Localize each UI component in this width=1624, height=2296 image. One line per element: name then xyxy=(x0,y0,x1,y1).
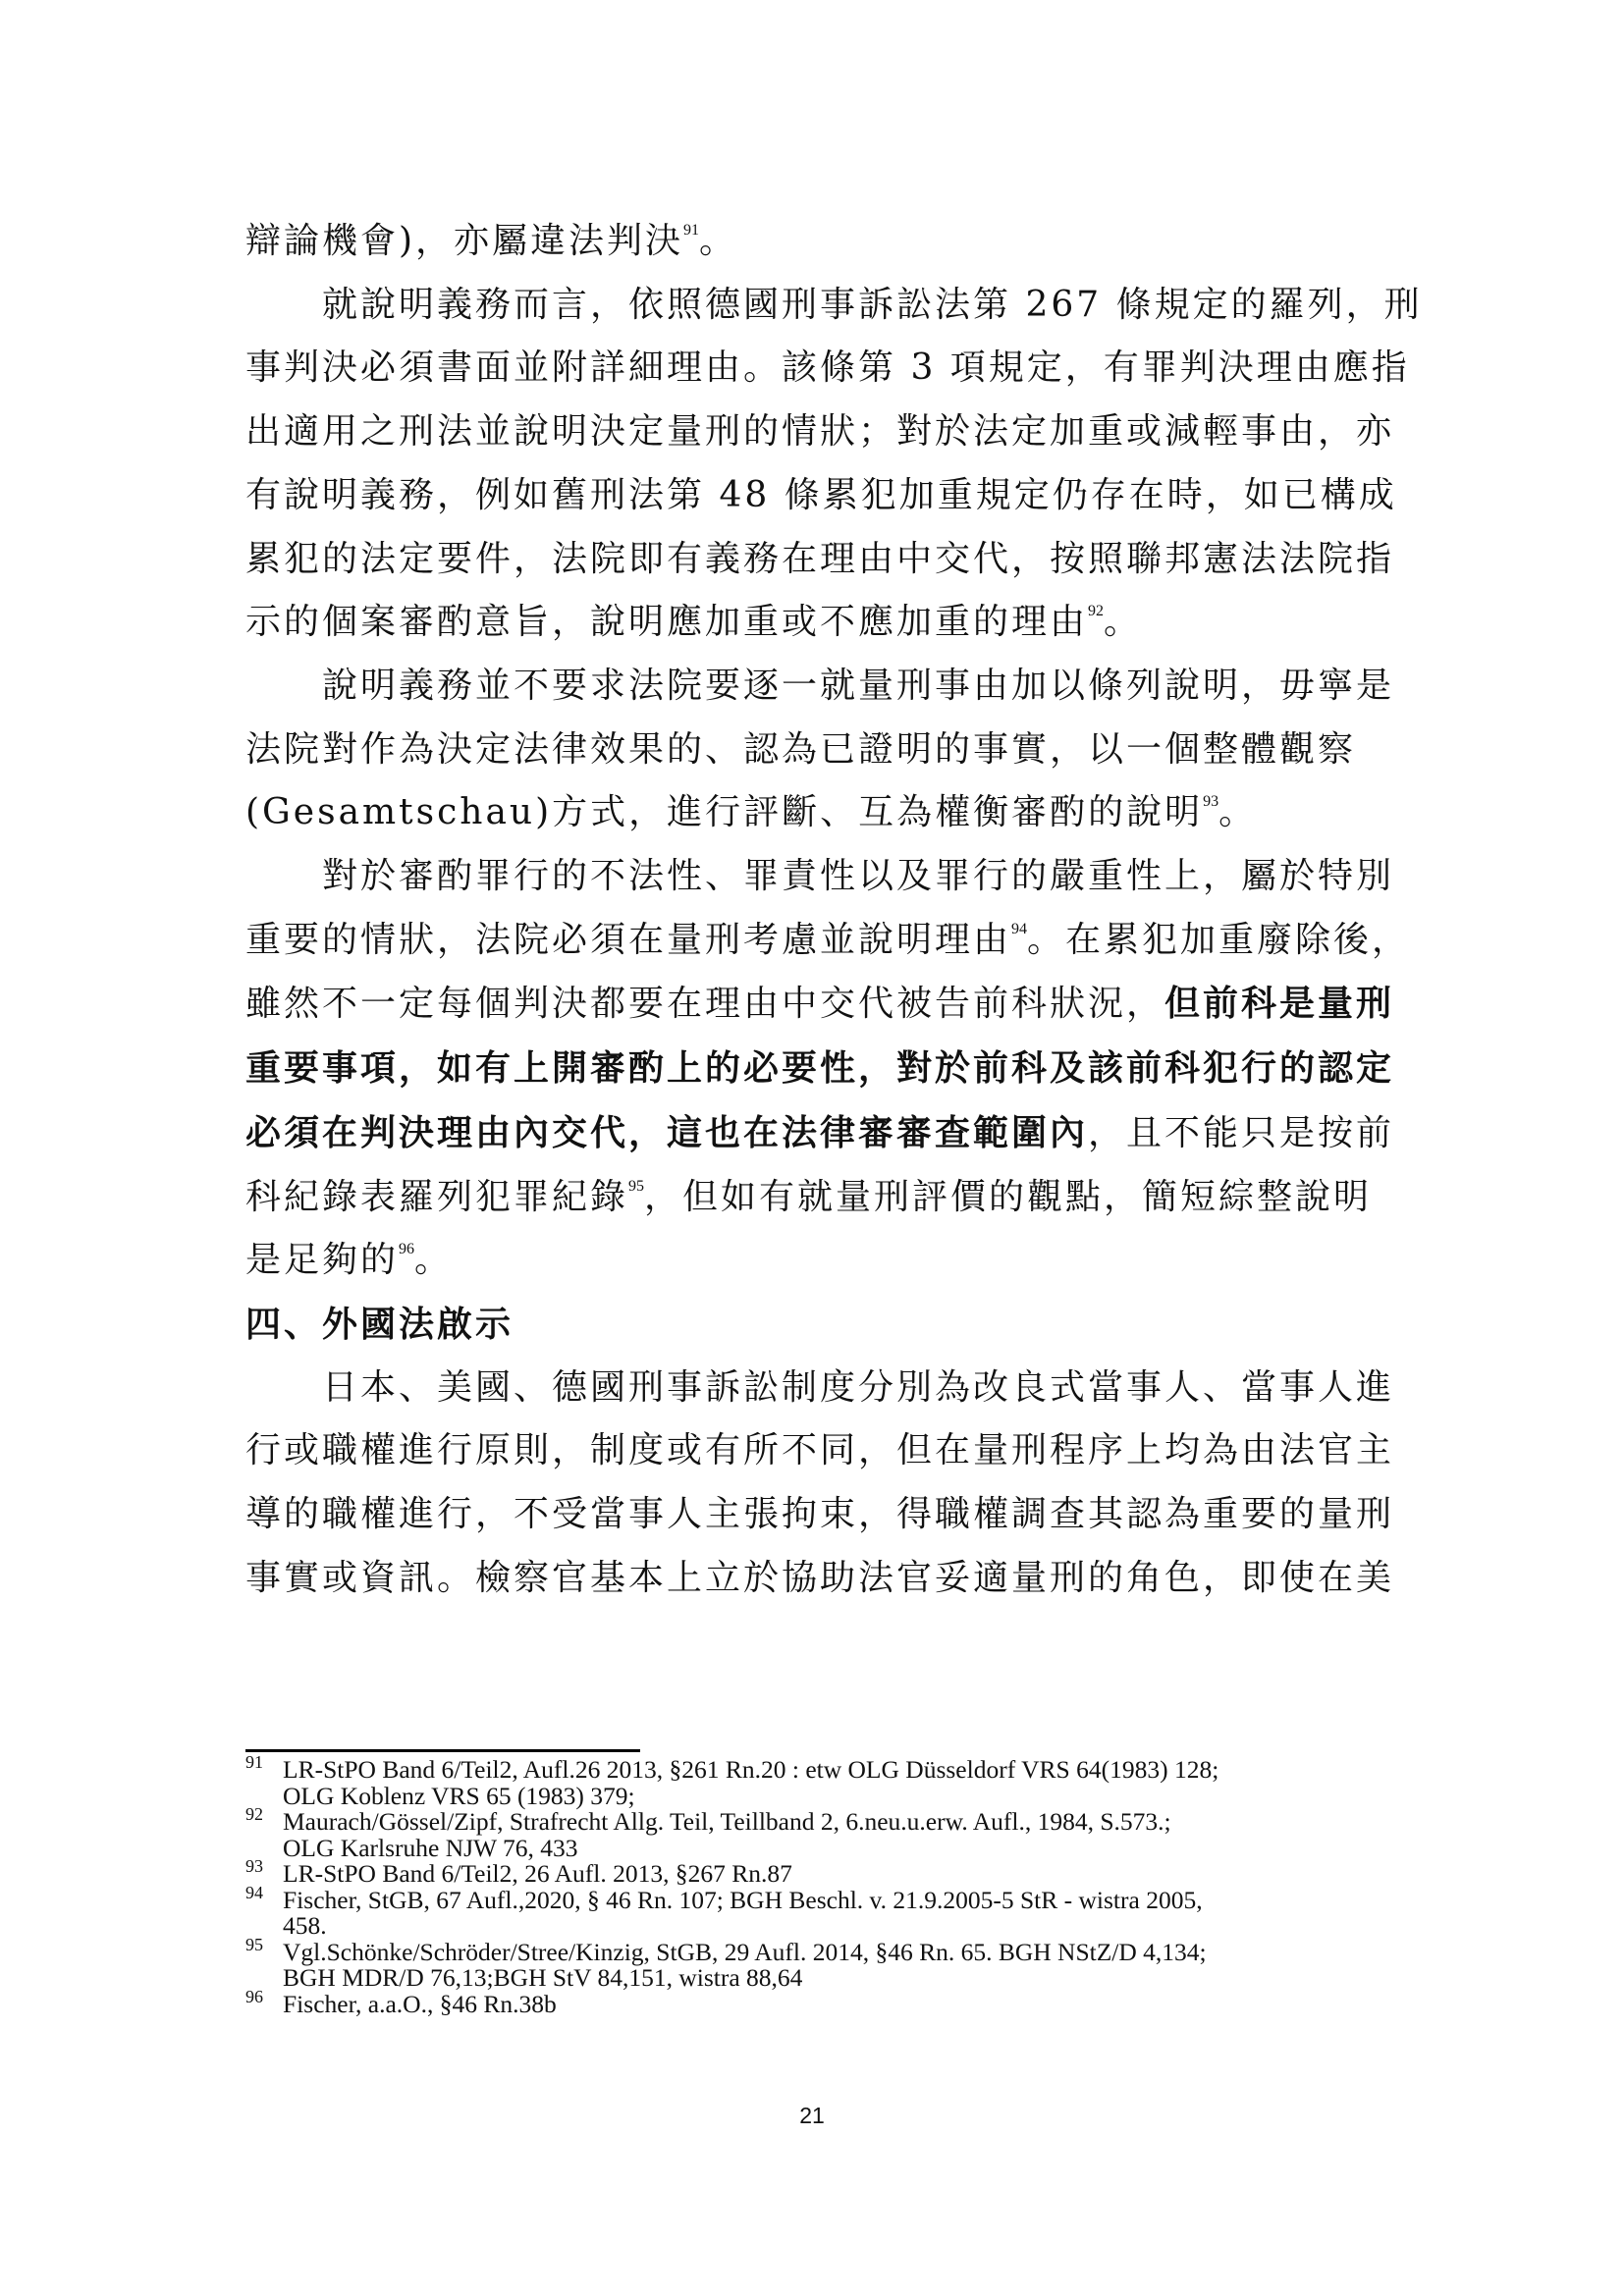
text-line: 重要事項，如有上開審酌上的必要性，對於前科及該前科犯行的認定 xyxy=(245,1037,1384,1101)
footnote-text: LR-StPO Band 6/Teil2, Aufl.26 2013, §261… xyxy=(283,1757,1394,1784)
text-segment: 累犯的法定要件，法院即有義務在理由中交代，按照聯邦憲法法院指 xyxy=(245,539,1394,579)
text-segment: ，但如有就量刑評價的觀點，簡短綜整說明 xyxy=(644,1177,1372,1217)
footnote: 93LR-StPO Band 6/Teil2, 26 Aufl. 2013, §… xyxy=(245,1861,1394,1888)
footnote: 94Fischer, StGB, 67 Aufl.,2020, § 46 Rn.… xyxy=(245,1888,1394,1940)
footnote-ref[interactable]: 95 xyxy=(628,1178,644,1195)
text-line: 有說明義務，例如舊刑法第 48 條累犯加重規定仍存在時，如已構成 xyxy=(245,464,1384,528)
text-segment: 雖然不一定每個判決都要在理由中交代被告前科狀況， xyxy=(245,984,1164,1024)
text-segment: 是足夠的 xyxy=(245,1240,399,1280)
footnote-text: Fischer, a.a.O., §46 Rn.38b xyxy=(283,1992,1394,2018)
text-segment: 有說明義務，例如舊刑法第 48 條累犯加重規定仍存在時，如已構成 xyxy=(245,475,1397,515)
paragraph: 說明義務並不要求法院要逐一就量刑事由加以條列說明，毋寧是法院對作為決定法律效果的… xyxy=(245,655,1384,845)
text-segment: 日本、美國、德國刑事訴訟制度分別為改良式當事人、當事人進 xyxy=(322,1367,1394,1408)
footnote-number: 92 xyxy=(245,1801,263,1828)
text-line: 雖然不一定每個判決都要在理由中交代被告前科狀況，但前科是量刑 xyxy=(245,972,1384,1037)
footnote-ref[interactable]: 91 xyxy=(683,222,699,239)
footnote-text: Fischer, StGB, 67 Aufl.,2020, § 46 Rn. 1… xyxy=(283,1888,1394,1914)
text-segment: 辯論機會)，亦屬違法判決 xyxy=(245,221,683,261)
page-number: 21 xyxy=(0,2103,1624,2129)
text-segment: 。 xyxy=(699,221,737,261)
text-segment: 。 xyxy=(1104,602,1142,642)
paragraph: 日本、美國、德國刑事訴訟制度分別為改良式當事人、當事人進行或職權進行原則，制度或… xyxy=(245,1357,1384,1611)
paragraph: 對於審酌罪行的不法性、罪責性以及罪行的嚴重性上，屬於特別重要的情狀，法院必須在量… xyxy=(245,845,1384,1293)
text-line: 科紀錄表羅列犯罪紀錄95，但如有就量刑評價的觀點，簡短綜整說明 xyxy=(245,1166,1384,1230)
text-line: 就說明義務而言，依照德國刑事訴訟法第 267 條規定的羅列，刑 xyxy=(245,274,1384,338)
text-line: 累犯的法定要件，法院即有義務在理由中交代，按照聯邦憲法法院指 xyxy=(245,528,1384,592)
emphasized-text: 重要事項，如有上開審酌上的必要性，對於前科及該前科犯行的認定 xyxy=(245,1047,1394,1089)
footnote: 96Fischer, a.a.O., §46 Rn.38b xyxy=(245,1992,1394,2018)
text-line: 出適用之刑法並說明決定量刑的情狀；對於法定加重或減輕事由，亦 xyxy=(245,400,1384,464)
footnote-text: BGH MDR/D 76,13;BGH StV 84,151, wistra 8… xyxy=(283,1965,1394,1992)
footnote-text: OLG Karlsruhe NJW 76, 433 xyxy=(283,1836,1394,1862)
text-segment: 。 xyxy=(414,1240,453,1280)
text-segment: 行或職權進行原則，制度或有所不同，但在量刑程序上均為由法官主 xyxy=(245,1430,1394,1470)
footnote-text: 458. xyxy=(283,1913,1394,1940)
text-line: (Gesamtschau)方式，進行評斷、互為權衡審酌的說明93。 xyxy=(245,781,1384,845)
footnote-number: 95 xyxy=(245,1932,263,1958)
text-line: 辯論機會)，亦屬違法判決91。 xyxy=(245,210,1384,274)
emphasized-text: 必須在判決理由內交代，這也在法律審審查範圍內 xyxy=(245,1112,1088,1153)
footnote-text: OLG Koblenz VRS 65 (1983) 379; xyxy=(283,1784,1394,1810)
document-page: 辯論機會)，亦屬違法判決91。就說明義務而言，依照德國刑事訴訟法第 267 條規… xyxy=(0,0,1624,2296)
text-line: 是足夠的96。 xyxy=(245,1229,1384,1293)
footnote-ref[interactable]: 93 xyxy=(1203,793,1218,810)
footnote-number: 93 xyxy=(245,1853,263,1880)
footnote: 95Vgl.Schönke/Schröder/Stree/Kinzig, StG… xyxy=(245,1940,1394,1992)
footnote-number: 91 xyxy=(245,1749,263,1776)
text-line: 事實或資訊。檢察官基本上立於協助法官妥適量刑的角色，即使在美 xyxy=(245,1547,1384,1611)
text-segment: 導的職權進行，不受當事人主張拘束，得職權調查其認為重要的量刑 xyxy=(245,1494,1394,1534)
footnote-ref[interactable]: 94 xyxy=(1011,921,1027,937)
text-segment: ，且不能只是按前 xyxy=(1088,1113,1394,1153)
section-heading: 四、外國法啟示 xyxy=(245,1293,1384,1357)
text-line: 事判決必須書面並附詳細理由。該條第 3 項規定，有罪判決理由應指 xyxy=(245,337,1384,400)
body-text: 辯論機會)，亦屬違法判決91。就說明義務而言，依照德國刑事訴訟法第 267 條規… xyxy=(245,210,1384,1610)
text-segment: 就說明義務而言，依照德國刑事訴訟法第 267 條規定的羅列，刑 xyxy=(322,285,1423,325)
text-line: 說明義務並不要求法院要逐一就量刑事由加以條列說明，毋寧是 xyxy=(245,655,1384,719)
text-line: 重要的情狀，法院必須在量刑考慮並說明理由94。在累犯加重廢除後， xyxy=(245,909,1384,973)
paragraph: 辯論機會)，亦屬違法判決91。 xyxy=(245,210,1384,274)
text-segment: 出適用之刑法並說明決定量刑的情狀；對於法定加重或減輕事由，亦 xyxy=(245,411,1394,452)
text-segment: 說明義務並不要求法院要逐一就量刑事由加以條列說明，毋寧是 xyxy=(322,666,1394,706)
text-segment: 法院對作為決定法律效果的、認為已證明的事實，以一個整體觀察 xyxy=(245,729,1356,770)
text-segment: 。 xyxy=(1218,792,1257,832)
footnote-text: Maurach/Gössel/Zipf, Strafrecht Allg. Te… xyxy=(283,1809,1394,1836)
text-segment: 重要的情狀，法院必須在量刑考慮並說明理由 xyxy=(245,920,1011,960)
emphasized-text: 但前科是量刑 xyxy=(1164,983,1394,1024)
footnote: 92Maurach/Gössel/Zipf, Strafrecht Allg. … xyxy=(245,1809,1394,1861)
footnote-number: 96 xyxy=(245,1984,263,2010)
text-line: 行或職權進行原則，制度或有所不同，但在量刑程序上均為由法官主 xyxy=(245,1419,1384,1483)
text-line: 法院對作為決定法律效果的、認為已證明的事實，以一個整體觀察 xyxy=(245,719,1384,782)
text-segment: 事實或資訊。檢察官基本上立於協助法官妥適量刑的角色，即使在美 xyxy=(245,1558,1394,1598)
text-line: 導的職權進行，不受當事人主張拘束，得職權調查其認為重要的量刑 xyxy=(245,1483,1384,1547)
footnote-number: 94 xyxy=(245,1880,263,1906)
footnote-ref[interactable]: 92 xyxy=(1088,603,1104,619)
text-segment: 科紀錄表羅列犯罪紀錄 xyxy=(245,1177,628,1217)
text-segment: 事判決必須書面並附詳細理由。該條第 3 項規定，有罪判決理由應指 xyxy=(245,347,1410,388)
text-segment: 。在累犯加重廢除後， xyxy=(1027,920,1410,960)
text-line: 必須在判決理由內交代，這也在法律審審查範圍內，且不能只是按前 xyxy=(245,1101,1384,1166)
paragraph: 就說明義務而言，依照德國刑事訴訟法第 267 條規定的羅列，刑事判決必須書面並附… xyxy=(245,274,1384,655)
text-segment: 對於審酌罪行的不法性、罪責性以及罪行的嚴重性上，屬於特別 xyxy=(322,856,1394,896)
footnotes: 91LR-StPO Band 6/Teil2, Aufl.26 2013, §2… xyxy=(245,1757,1394,2017)
text-segment: 示的個案審酌意旨，說明應加重或不應加重的理由 xyxy=(245,602,1088,642)
footnote-text: LR-StPO Band 6/Teil2, 26 Aufl. 2013, §26… xyxy=(283,1861,1394,1888)
text-segment: (Gesamtschau)方式，進行評斷、互為權衡審酌的說明 xyxy=(245,792,1203,832)
footnote-ref[interactable]: 96 xyxy=(399,1241,414,1257)
footnote: 91LR-StPO Band 6/Teil2, Aufl.26 2013, §2… xyxy=(245,1757,1394,1809)
text-line: 日本、美國、德國刑事訴訟制度分別為改良式當事人、當事人進 xyxy=(245,1357,1384,1420)
text-line: 對於審酌罪行的不法性、罪責性以及罪行的嚴重性上，屬於特別 xyxy=(245,845,1384,909)
text-line: 示的個案審酌意旨，說明應加重或不應加重的理由92。 xyxy=(245,591,1384,655)
footnote-separator xyxy=(245,1749,640,1752)
footnote-text: Vgl.Schönke/Schröder/Stree/Kinzig, StGB,… xyxy=(283,1940,1394,1966)
